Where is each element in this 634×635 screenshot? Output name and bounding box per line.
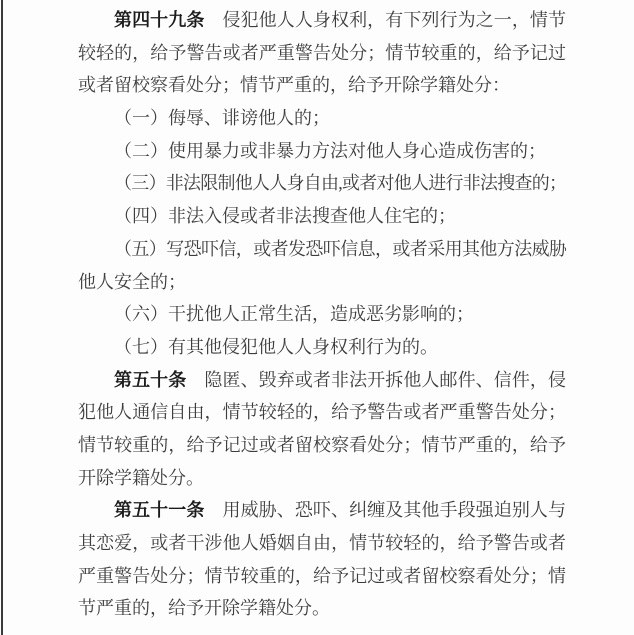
article-text: 其恋爱，或者干涉他人婚姻自由，情节较轻的，给予警告或者 bbox=[78, 533, 566, 553]
article-number: 第五十一条 bbox=[114, 500, 204, 520]
article-text: 严重警告处分；情节较重的，给予记过或者留校察看处分；情 bbox=[78, 566, 566, 586]
article-text: 犯他人通信自由，情节较轻的，给予警告或者严重警告处分； bbox=[78, 402, 566, 422]
text-line: 较轻的，给予警告或者严重警告处分；情节较重的，给予记过 bbox=[78, 37, 566, 70]
article-text: （三）非法限制他人人身自由,或者对他人进行非法搜查的； bbox=[114, 173, 566, 193]
text-line: （三）非法限制他人人身自由,或者对他人进行非法搜查的； bbox=[78, 167, 566, 200]
document-content: 第四十九条 侵犯他人人身权利，有下列行为之一，情节较轻的，给予警告或者严重警告处… bbox=[78, 0, 566, 625]
article-text: （四）非法入侵或者非法搜查他人住宅的； bbox=[114, 206, 456, 226]
text-line: （一）侮辱、诽谤他人的； bbox=[78, 102, 566, 135]
text-line: 犯他人通信自由，情节较轻的，给予警告或者严重警告处分； bbox=[78, 396, 566, 429]
article-text: （六）干扰他人正常生活，造成恶劣影响的； bbox=[114, 304, 474, 324]
text-line: 他人安全的； bbox=[78, 266, 566, 299]
article-text: 情节较重的，给予记过或者留校察看处分；情节严重的，给予 bbox=[78, 435, 566, 455]
text-line: 情节较重的，给予记过或者留校察看处分；情节严重的，给予 bbox=[78, 429, 566, 462]
text-line: 第五十条 隐匿、毁弃或者非法开拆他人邮件、信件，侵 bbox=[78, 364, 566, 397]
article-text: （二）使用暴力或非暴力方法对他人身心造成伤害的； bbox=[114, 141, 546, 161]
text-line: （二）使用暴力或非暴力方法对他人身心造成伤害的； bbox=[78, 135, 566, 168]
article-number: 第四十九条 bbox=[114, 10, 204, 30]
article-text: 隐匿、毁弃或者非法开拆他人邮件、信件，侵 bbox=[186, 370, 566, 390]
article-text: 侵犯他人人身权利，有下列行为之一，情节 bbox=[204, 10, 566, 30]
text-line: 严重警告处分；情节较重的，给予记过或者留校察看处分；情 bbox=[78, 560, 566, 593]
text-line: （四）非法入侵或者非法搜查他人住宅的； bbox=[78, 200, 566, 233]
text-line: 第五十一条 用威胁、恐吓、纠缠及其他手段强迫别人与 bbox=[78, 494, 566, 527]
article-number: 第五十条 bbox=[114, 370, 186, 390]
article-text: （七）有其他侵犯他人人身权利行为的。 bbox=[114, 337, 438, 357]
text-line: 开除学籍处分。 bbox=[78, 462, 566, 495]
text-line: （七）有其他侵犯他人人身权利行为的。 bbox=[78, 331, 566, 364]
text-line: 第四十九条 侵犯他人人身权利，有下列行为之一，情节 bbox=[78, 4, 566, 37]
article-text: 节严重的，给予开除学籍处分。 bbox=[78, 598, 330, 618]
article-text: （五）写恐吓信，或者发恐吓信息，或者采用其他方法威胁 bbox=[114, 239, 566, 259]
text-line: 或者留校察看处分；情节严重的，给予开除学籍处分： bbox=[78, 69, 566, 102]
article-text: 较轻的，给予警告或者严重警告处分；情节较重的，给予记过 bbox=[78, 43, 566, 63]
text-line: 其恋爱，或者干涉他人婚姻自由，情节较轻的，给予警告或者 bbox=[78, 527, 566, 560]
text-line: （五）写恐吓信，或者发恐吓信息，或者采用其他方法威胁 bbox=[78, 233, 566, 266]
document-page: 第四十九条 侵犯他人人身权利，有下列行为之一，情节较轻的，给予警告或者严重警告处… bbox=[0, 0, 634, 635]
scan-edge-line bbox=[1, 0, 3, 635]
article-text: 他人安全的； bbox=[78, 272, 186, 292]
text-line: 节严重的，给予开除学籍处分。 bbox=[78, 592, 566, 625]
article-text: 或者留校察看处分；情节严重的，给予开除学籍处分： bbox=[78, 75, 510, 95]
article-text: 用威胁、恐吓、纠缠及其他手段强迫别人与 bbox=[204, 500, 566, 520]
article-text: 开除学籍处分。 bbox=[78, 468, 204, 488]
article-text: （一）侮辱、诽谤他人的； bbox=[114, 108, 330, 128]
text-line: （六）干扰他人正常生活，造成恶劣影响的； bbox=[78, 298, 566, 331]
